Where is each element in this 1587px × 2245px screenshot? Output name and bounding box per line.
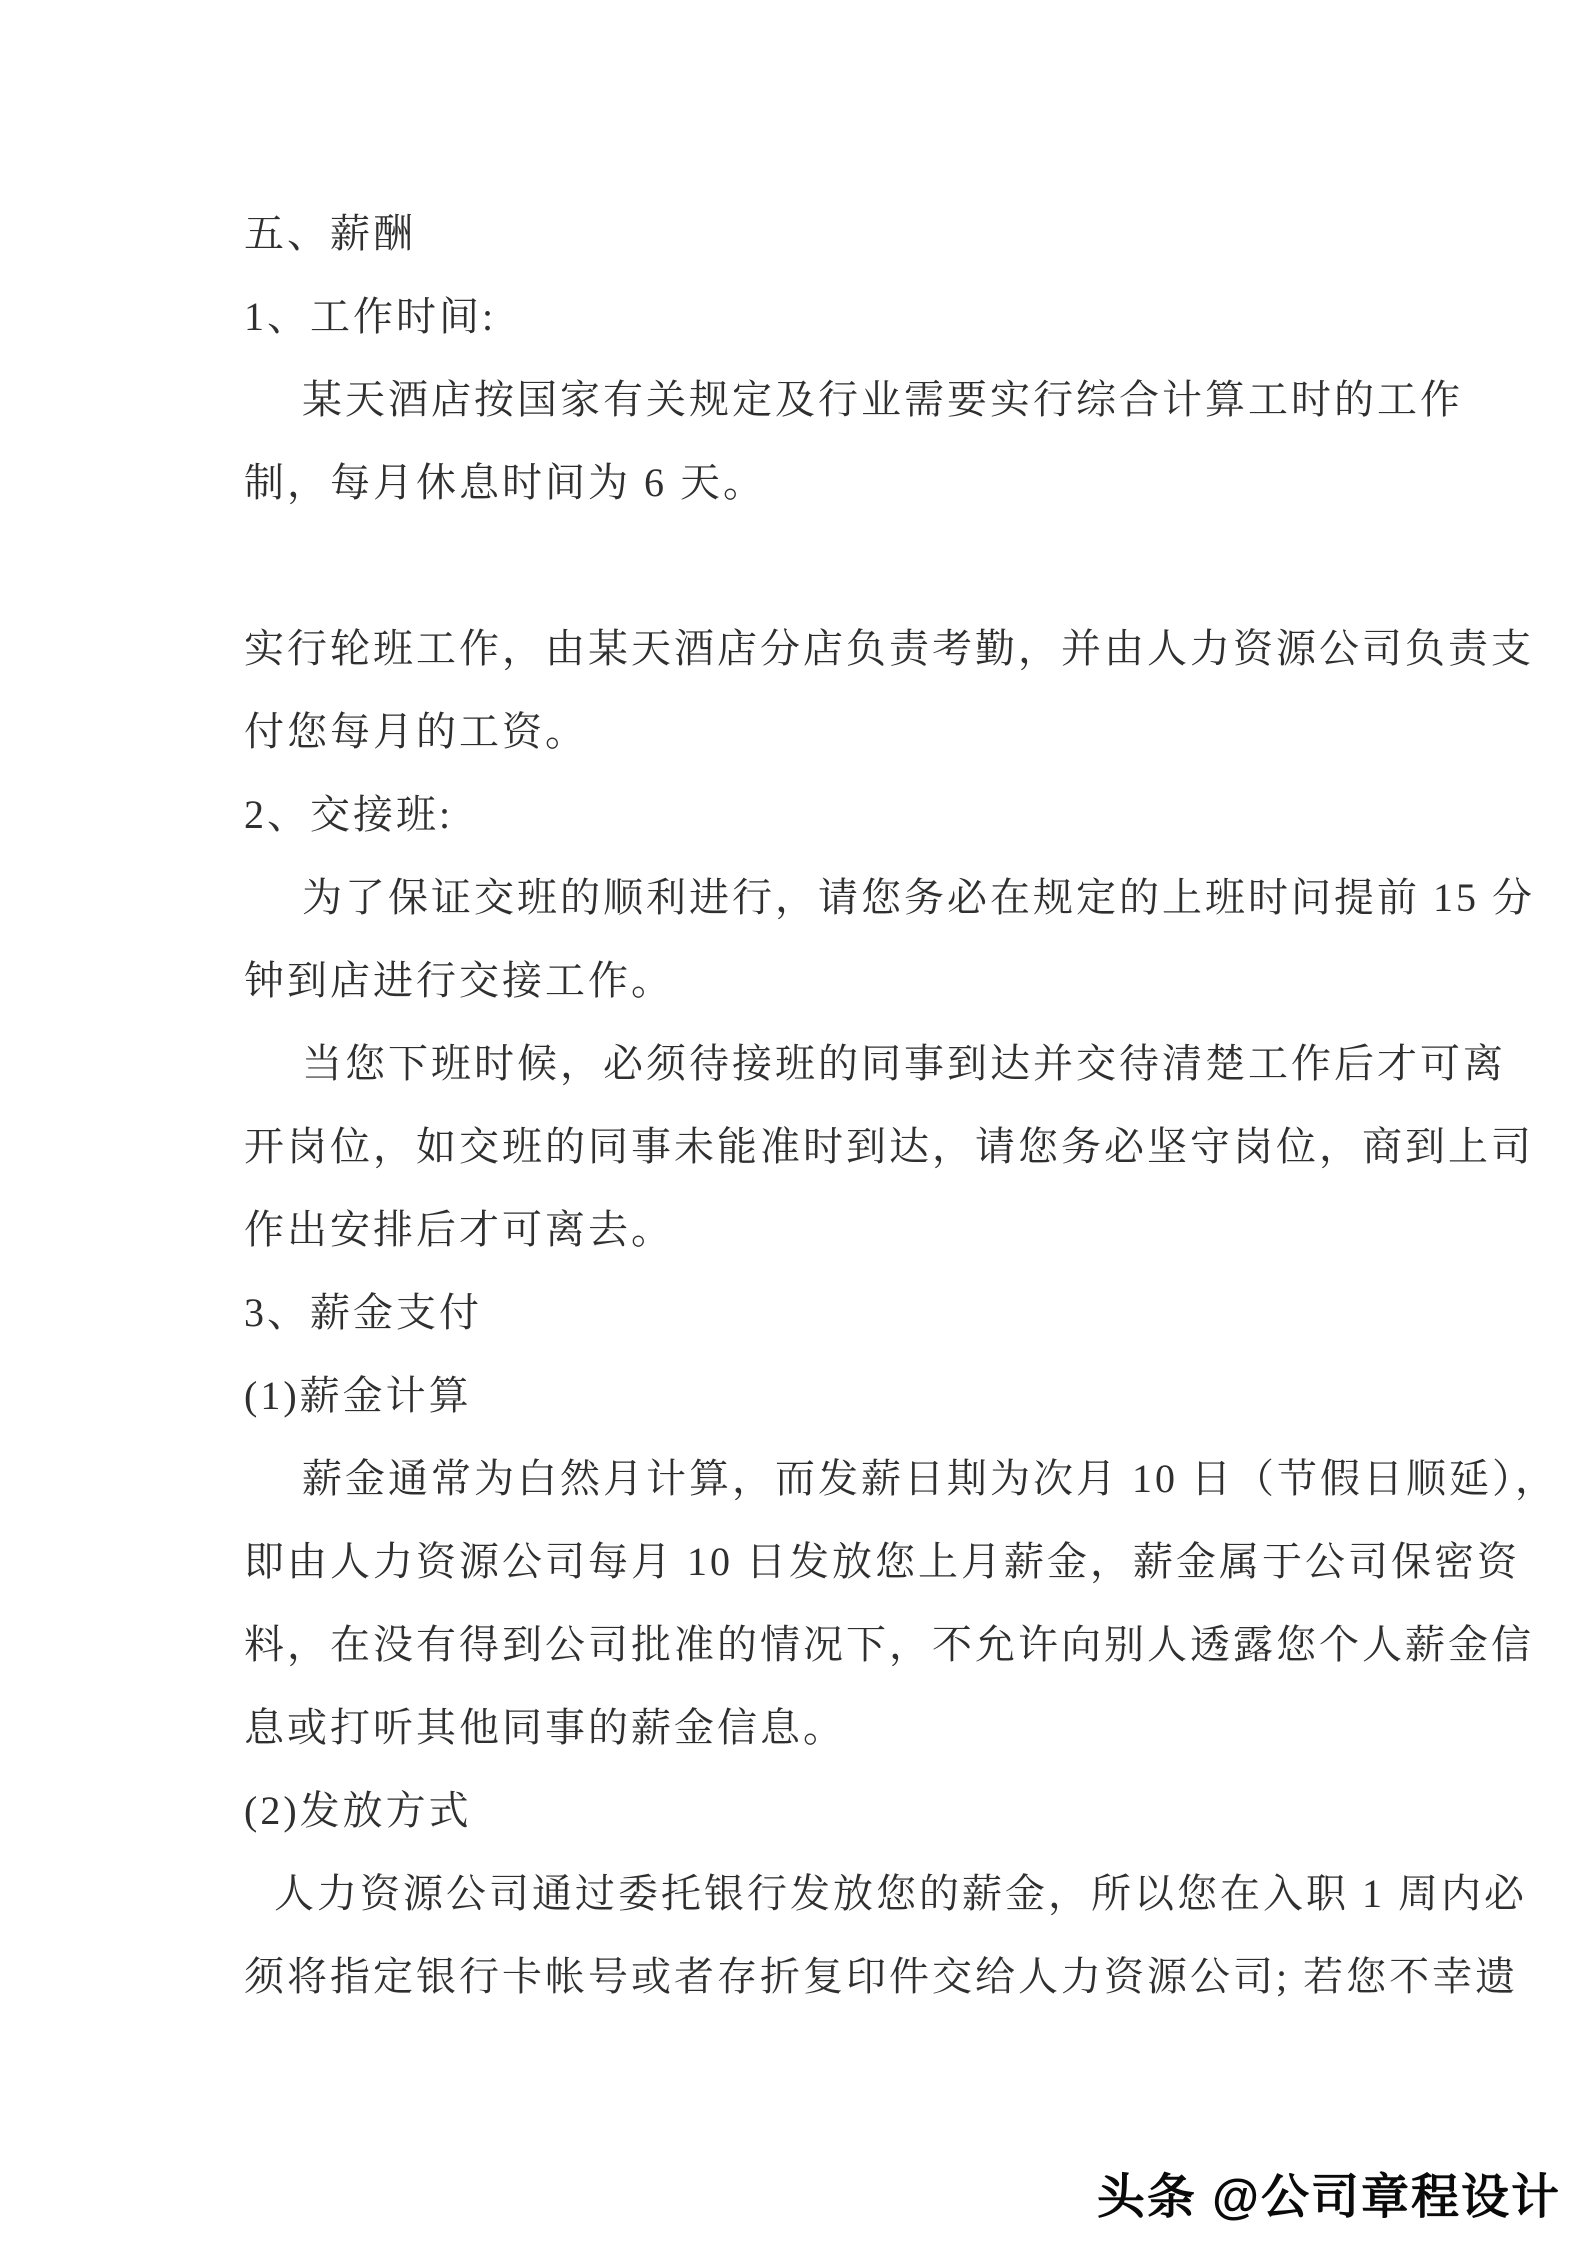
text-line: 开岗位，如交班的同事未能准时到达，请您务必坚守岗位，商到上司: [244, 1105, 1545, 1188]
text-line: (1)薪金计算: [244, 1354, 1545, 1437]
text-line: 须将指定银行卡帐号或者存折复印件交给人力资源公司; 若您不幸遗: [244, 1935, 1545, 2018]
text-line: 薪金通常为白然月计算，而发薪日剘为次月 10 日（节假日顺延），: [244, 1437, 1545, 1520]
text-line: 某天酒店按国家有关规定及行业需要实行综合计算工时的工作: [244, 358, 1545, 441]
text-line: 五、薪酬: [244, 192, 1545, 275]
text-line: 实行轮班工作，由某天酒店分店负责考勤，并由人力资源公司负责支: [244, 607, 1545, 690]
text-line: 料，在没有得到公司批准的情况下，不允许向别人透露您个人薪金信: [244, 1603, 1545, 1686]
blank-line: [244, 524, 1545, 607]
text-line: 付您每月的工资。: [244, 690, 1545, 773]
watermark: 头条 @公司章程设计: [1097, 2158, 1561, 2227]
text-line: 人力资源公司通过委托银行发放您的薪金，所以您在入职 1 周内必: [244, 1852, 1545, 1935]
text-line: 钟到店进行交接工作。: [244, 939, 1545, 1022]
text-line: 制，每月休息时间为 6 天。: [244, 441, 1545, 524]
text-line: 即由人力资源公司每月 10 日发放您上月薪金，薪金属于公司保密资: [244, 1520, 1545, 1603]
text-line: 1、工作时间:: [244, 275, 1545, 358]
text-line: 作出安排后才可离去。: [244, 1188, 1545, 1271]
text-line: (2)发放方式: [244, 1769, 1545, 1852]
document-page: 五、薪酬1、工作时间:某天酒店按国家有关规定及行业需要实行综合计算工时的工作制，…: [0, 0, 1587, 2245]
text-line: 为了保证交班的顺利进行，请您务必在规定的上班时问提前 15 分: [244, 856, 1545, 939]
text-line: 2、交接班:: [244, 773, 1545, 856]
text-line: 息或打听其他同事的薪金信息。: [244, 1686, 1545, 1769]
text-line: 当您下班时候，必须待接班的同事到达并交待清楚工作后才可离: [244, 1022, 1545, 1105]
document-body: 五、薪酬1、工作时间:某天酒店按国家有关规定及行业需要实行综合计算工时的工作制，…: [244, 192, 1545, 2018]
text-line: 3、薪金支付: [244, 1271, 1545, 1354]
